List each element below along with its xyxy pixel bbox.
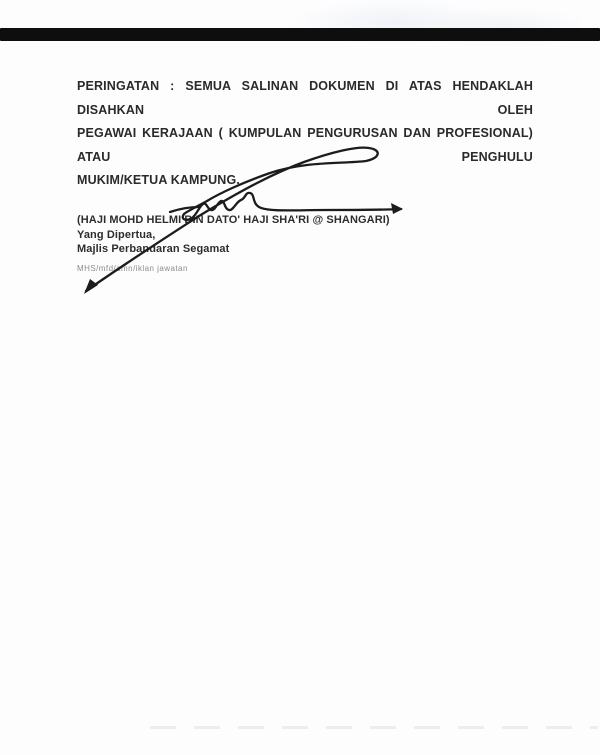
signature-tip-right bbox=[391, 203, 403, 214]
document-reference: MHS/mfd/amn/iklan jawatan bbox=[77, 264, 188, 273]
signatory-title: Yang Dipertua, bbox=[77, 228, 390, 243]
signatory-name: (HAJI MOHD HELMI BIN DATO' HAJI SHA'RI @… bbox=[77, 213, 390, 228]
signatory-organization: Majlis Perbandaran Segamat bbox=[77, 242, 390, 257]
notice-line-1: PERINGATAN : SEMUA SALINAN DOKUMEN DI AT… bbox=[77, 75, 533, 122]
notice-paragraph: PERINGATAN : SEMUA SALINAN DOKUMEN DI AT… bbox=[77, 75, 533, 193]
scanner-artifact-bar bbox=[0, 28, 600, 41]
signatory-block: (HAJI MOHD HELMI BIN DATO' HAJI SHA'RI @… bbox=[77, 213, 390, 257]
notice-line-2: PEGAWAI KERAJAAN ( KUMPULAN PENGURUSAN D… bbox=[77, 122, 533, 169]
signature-tip-left bbox=[84, 279, 98, 294]
notice-line-3: MUKIM/KETUA KAMPUNG. bbox=[77, 169, 533, 193]
scan-streak-bottom bbox=[150, 726, 598, 729]
scan-smudge bbox=[270, 0, 580, 50]
document-page: PERINGATAN : SEMUA SALINAN DOKUMEN DI AT… bbox=[0, 0, 600, 755]
